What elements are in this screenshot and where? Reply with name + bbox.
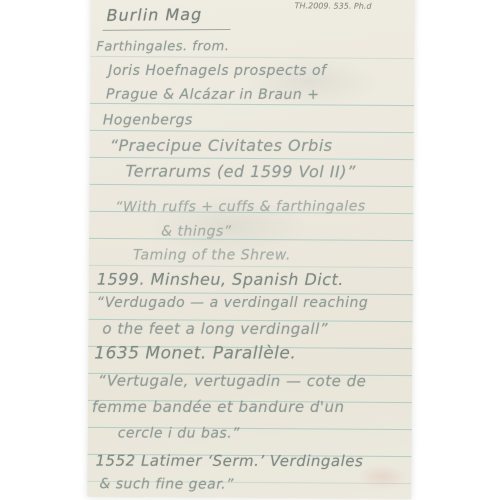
- handwritten-line: Terrarums (ed 1599 Vol II)”: [125, 162, 355, 182]
- handwritten-line: “Vertugale, vertugadin — cote de: [98, 372, 366, 390]
- handwritten-line: & things”: [161, 224, 231, 240]
- handwritten-line: 1635 Monet. Parallèle.: [94, 344, 296, 364]
- handwritten-line: Taming of the Shrew.: [133, 248, 291, 264]
- handwritten-line: “Praecipue Civitates Orbis: [110, 136, 333, 155]
- handwritten-line: Farthingales. from.: [96, 39, 229, 54]
- handwritten-line: femme bandée et bandure d'un: [92, 398, 345, 416]
- handwritten-line: “With ruffs + cuffs & farthingales: [115, 198, 365, 215]
- handwritten-line: Prague & Alcázar in Braun +: [106, 87, 319, 103]
- ruled-line: [90, 56, 414, 59]
- handwritten-line: cercle i du bas.”: [118, 425, 240, 441]
- handwritten-line: 1599. Minsheu, Spanish Dict.: [97, 270, 344, 289]
- note-paper: Burlin Mag TH.2009. 535. Ph.d Farthingal…: [87, 0, 414, 499]
- handwritten-line: & such fine gear.”: [99, 476, 234, 492]
- handwritten-line: o the feet a long verdingall”: [102, 320, 328, 338]
- ruled-line: [90, 103, 414, 106]
- handwritten-line: Hogenbergs: [103, 112, 193, 128]
- paper-stain: [357, 465, 407, 489]
- ruled-line: [90, 157, 414, 160]
- magazine-title: Burlin Mag: [107, 5, 203, 25]
- ruled-line: [89, 265, 413, 268]
- handwritten-line: 1552 Latimer ‘Serm.’ Verdingales: [95, 452, 363, 470]
- handwritten-line: Joris Hoefnagels prospects of: [108, 63, 326, 79]
- handwritten-line: “Verdugado — a verdingall reaching: [97, 295, 369, 311]
- ruled-line: [90, 130, 414, 133]
- catalog-number: TH.2009. 535. Ph.d: [295, 1, 372, 11]
- ruled-line: [89, 184, 413, 187]
- title-underline: [103, 29, 231, 31]
